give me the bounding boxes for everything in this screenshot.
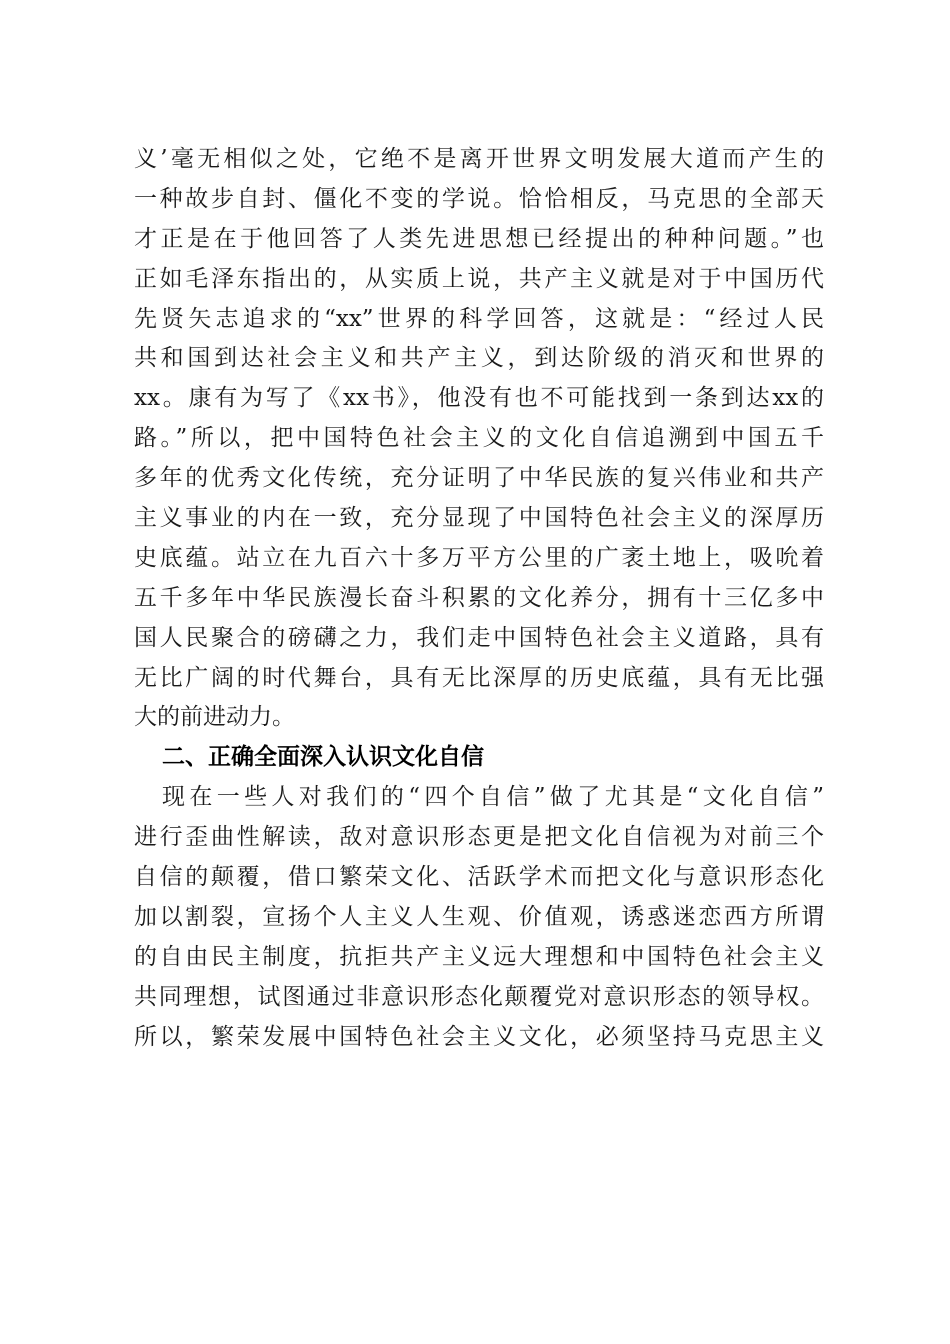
text-line: 主义事业的内在一致，充分显现了中国特色社会主义的深厚历	[134, 499, 824, 539]
text-line: 现在一些人对我们的“四个自信”做了尤其是“文化自信”	[134, 778, 824, 818]
text-line: 的自由民主制度，抗拒共产主义远大理想和中国特色社会主义	[134, 938, 824, 978]
text-line: 国人民聚合的磅礴之力，我们走中国特色社会主义道路，具有	[134, 619, 824, 659]
document-body: 义’毫无相似之处，它绝不是离开世界文明发展大道而产生的 一种故步自封、僵化不变的…	[134, 140, 824, 1057]
text-line: 多年的优秀文化传统，充分证明了中华民族的复兴伟业和共产	[134, 459, 824, 499]
text-line: 共和国到达社会主义和共产主义，到达阶级的消灭和世界的	[134, 339, 824, 379]
text-line: 才正是在于他回答了人类先进思想已经提出的种种问题。”也	[134, 220, 824, 260]
text-line: 正如毛泽东指出的，从实质上说，共产主义就是对于中国历代	[134, 260, 824, 300]
text-line: 五千多年中华民族漫长奋斗积累的文化养分，拥有十三亿多中	[134, 579, 824, 619]
text-line: 无比广阔的时代舞台，具有无比深厚的历史底蕴，具有无比强	[134, 659, 824, 699]
text-line: 一种故步自封、僵化不变的学说。恰恰相反，马克思的全部天	[134, 180, 824, 220]
text-line: 大的前进动力。	[134, 698, 824, 738]
document-page: 义’毫无相似之处，它绝不是离开世界文明发展大道而产生的 一种故步自封、僵化不变的…	[0, 0, 950, 1344]
text-line: 所以，繁荣发展中国特色社会主义文化，必须坚持马克思主义	[134, 1018, 824, 1058]
text-line: 自信的颠覆，借口繁荣文化、活跃学术而把文化与意识形态化	[134, 858, 824, 898]
text-line: 加以割裂，宣扬个人主义人生观、价值观，诱惑迷恋西方所谓	[134, 898, 824, 938]
paragraph-section-two: 现在一些人对我们的“四个自信”做了尤其是“文化自信” 进行歪曲性解读，敌对意识形…	[134, 778, 824, 1057]
paragraph-continuation: 义’毫无相似之处，它绝不是离开世界文明发展大道而产生的 一种故步自封、僵化不变的…	[134, 140, 824, 738]
text-line: 史底蕴。站立在九百六十多万平方公里的广袤土地上，吸吮着	[134, 539, 824, 579]
text-line: 先贤矢志追求的“xx”世界的科学回答，这就是：“经过人民	[134, 300, 824, 340]
text-line: 进行歪曲性解读，敌对意识形态更是把文化自信视为对前三个	[134, 818, 824, 858]
text-line: 义’毫无相似之处，它绝不是离开世界文明发展大道而产生的	[134, 140, 824, 180]
text-line: 路。”所以，把中国特色社会主义的文化自信追溯到中国五千	[134, 419, 824, 459]
section-heading: 二、正确全面深入认识文化自信	[134, 738, 824, 778]
text-line: 共同理想，试图通过非意识形态化颠覆党对意识形态的领导权。	[134, 978, 824, 1018]
text-line: xx。康有为写了《xx书》，他没有也不可能找到一条到达xx的	[134, 379, 824, 419]
